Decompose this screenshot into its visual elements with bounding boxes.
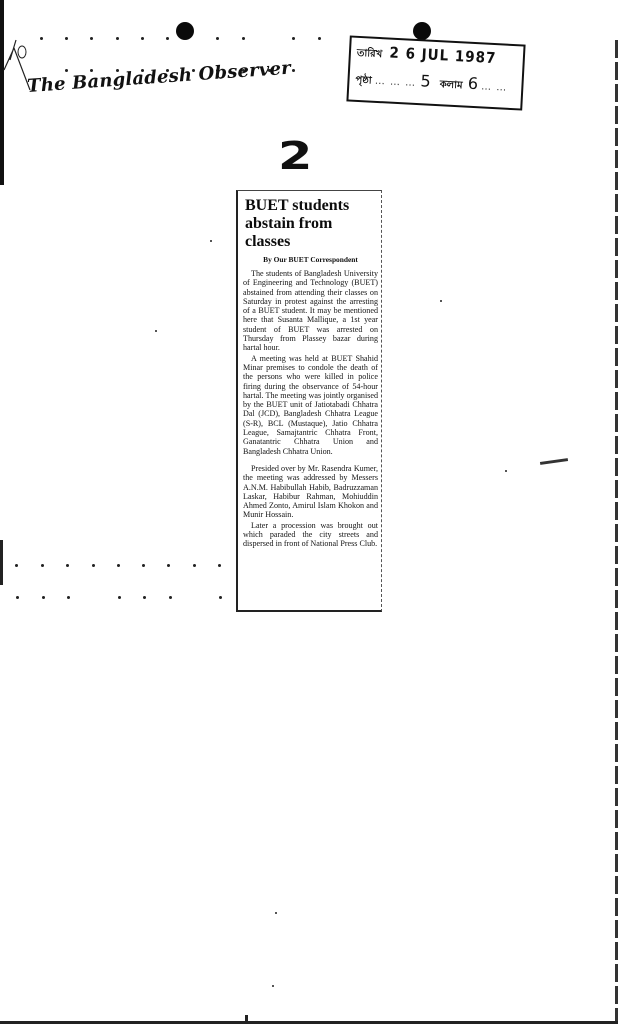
stamp-column-value: 6	[467, 74, 478, 94]
dot-guide-row	[0, 564, 230, 568]
handwritten-page-number: 2	[278, 134, 312, 178]
article-headline: BUET students abstain from classes	[245, 197, 378, 251]
stamp-date-value: 2 6 JUL 1987	[389, 44, 497, 68]
stamp-page-label: পৃষ্ঠা	[355, 75, 372, 87]
article-paragraph: Later a procession was brought out which…	[243, 521, 378, 549]
article-clipping: BUET students abstain from classes By Ou…	[236, 190, 382, 612]
stamp-date-label: তারিখ	[357, 48, 383, 60]
stamp-column-label: কলাম	[439, 79, 462, 91]
dot-guide-row	[0, 37, 618, 41]
scan-left-edge	[0, 0, 4, 185]
archive-date-stamp: তারিখ 2 6 JUL 1987 পৃষ্ঠা … … … 5 কলাম 6…	[346, 35, 525, 110]
article-paragraph: Presided over by Mr. Rasendra Kumer, the…	[243, 464, 378, 520]
newspaper-masthead: The Bangladesh Observer	[27, 58, 292, 97]
article-paragraph: A meeting was held at BUET Shahid Minar …	[243, 354, 378, 456]
scan-left-edge-mark	[0, 540, 3, 585]
stamp-page-value: 5	[420, 71, 431, 91]
article-paragraph: The students of Bangladesh University of…	[243, 269, 378, 353]
article-byline: By Our BUET Correspondent	[243, 255, 378, 264]
dot-guide-row	[0, 596, 230, 600]
